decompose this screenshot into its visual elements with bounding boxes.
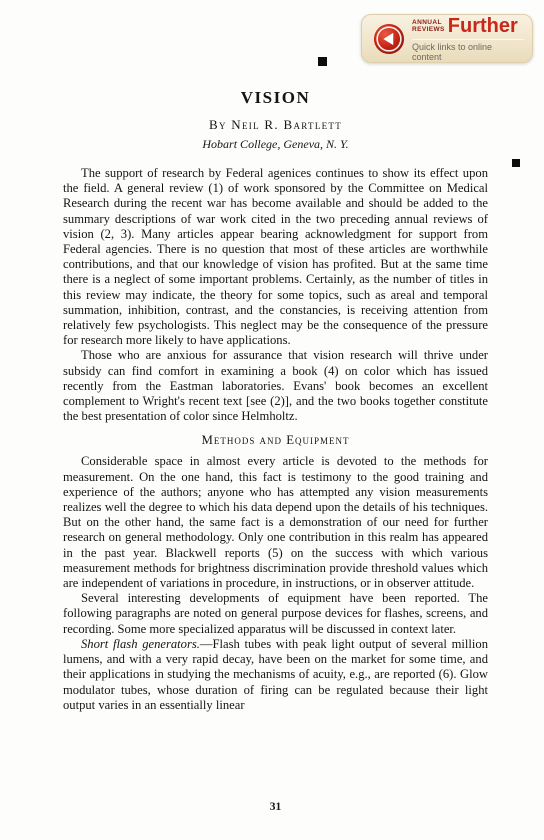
section-heading-methods-and-equipment: Methods and Equipment <box>63 433 488 448</box>
page-number: 31 <box>63 801 488 813</box>
print-mark-right-square <box>512 159 520 167</box>
intro-paragraph-1: The support of research by Federal ageni… <box>63 166 488 348</box>
short-flash-generators-lead: Short flash generators. <box>81 637 200 651</box>
methods-paragraph-1: Considerable space in almost every artic… <box>63 454 488 591</box>
article-column: VISION By Neil R. Bartlett Hobart Colleg… <box>63 0 488 713</box>
short-flash-generators-paragraph: Short flash generators.—Flash tubes with… <box>63 637 488 713</box>
article-affiliation: Hobart College, Geneva, N. Y. <box>63 137 488 152</box>
article-byline: By Neil R. Bartlett <box>63 117 488 133</box>
intro-paragraph-2: Those who are anxious for assurance that… <box>63 348 488 424</box>
journal-page: ANNUAL REVIEWS Further Quick links to on… <box>0 0 544 840</box>
methods-paragraph-2: Several interesting developments of equi… <box>63 591 488 637</box>
article-title: VISION <box>63 88 488 108</box>
